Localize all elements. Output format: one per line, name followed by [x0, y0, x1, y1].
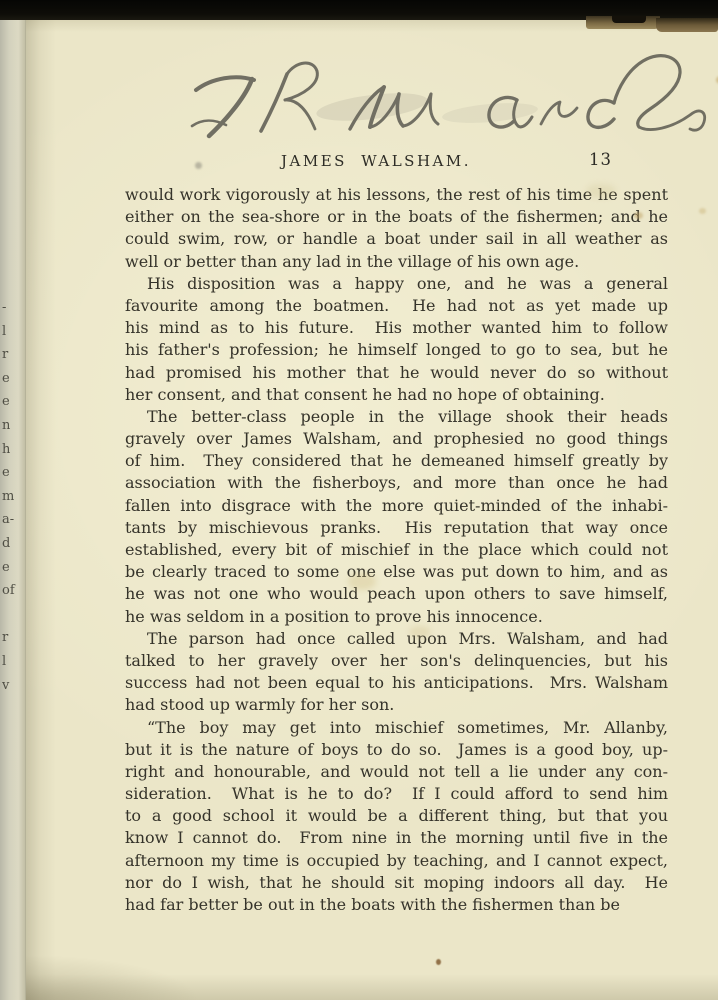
text-line: favourite among the boatmen. He had not …	[125, 295, 668, 317]
text-line: gravely over James Walsham, and prophesi…	[125, 428, 668, 450]
foxing-stain	[699, 208, 706, 214]
text-fragment: r	[2, 343, 22, 367]
text-line: know I cannot do. From nine in the morni…	[125, 827, 668, 849]
text-line: “The boy may get into mischief sometimes…	[125, 717, 668, 739]
text-fragment: n	[2, 414, 22, 438]
text-line: established, every bit of mischief in th…	[125, 539, 668, 561]
text-line: The parson had once called upon Mrs. Wal…	[125, 628, 668, 650]
text-fragment: l	[2, 650, 22, 674]
foxing-stain	[634, 212, 643, 219]
text-fragment: v	[2, 674, 22, 698]
text-line: be clearly traced to some one else was p…	[125, 561, 668, 583]
page-deckle-edge	[612, 16, 646, 23]
text-fragment: e	[2, 461, 22, 485]
text-line: His disposition was a happy one, and he …	[125, 273, 668, 295]
paper-stain	[348, 573, 376, 590]
text-fragment: e	[2, 390, 22, 414]
text-line: had far better be out in the boats with …	[125, 894, 668, 916]
text-line: her consent, and that consent he had no …	[125, 384, 668, 406]
text-line: to a good school it would be a different…	[125, 805, 668, 827]
text-line: he was not one who would peach upon othe…	[125, 583, 668, 605]
text-line: but it is the nature of boys to do so. J…	[125, 739, 668, 761]
text-line: his father's profession; he himself long…	[125, 339, 668, 361]
text-line: tants by mischievous pranks. His reputat…	[125, 517, 668, 539]
text-fragment: -	[2, 296, 22, 320]
text-fragment: of	[2, 579, 22, 603]
text-fragment: h	[2, 438, 22, 462]
text-line: had stood up warmly for her son.	[125, 694, 668, 716]
text-line: could swim, row, or handle a boat under …	[125, 228, 668, 250]
text-fragment	[2, 603, 22, 627]
text-fragment: a-	[2, 508, 22, 532]
text-line: of him. They considered that he demeaned…	[125, 450, 668, 472]
text-line: he was seldom in a position to prove his…	[125, 606, 668, 628]
text-line: success had not been equal to his antici…	[125, 672, 668, 694]
text-line: sideration. What is he to do? If I could…	[125, 783, 668, 805]
text-fragment: e	[2, 367, 22, 391]
text-fragment: d	[2, 532, 22, 556]
page-deckle-edge	[656, 18, 718, 32]
text-line: nor do I wish, that he should sit moping…	[125, 872, 668, 894]
text-fragment: e	[2, 556, 22, 580]
text-line: afternoon my time is occupied by teachin…	[125, 850, 668, 872]
text-fragment: m	[2, 485, 22, 509]
paper-stain	[409, 626, 431, 638]
paper-stain	[586, 184, 616, 198]
text-line: right and honourable, and would not tell…	[125, 761, 668, 783]
text-line: his mind as to his future. His mother wa…	[125, 317, 668, 339]
text-line: association with the fisherboys, and mor…	[125, 472, 668, 494]
bleedthrough-text-fragments: -lreenhema-deofrlv	[2, 296, 22, 697]
text-fragment: l	[2, 320, 22, 344]
text-line: had promised his mother that he would ne…	[125, 362, 668, 384]
text-line: either on the sea-shore or in the boats …	[125, 206, 668, 228]
text-line: talked to her gravely over her son's del…	[125, 650, 668, 672]
text-fragment: r	[2, 626, 22, 650]
scanned-book-page: -lreenhema-deofrlv JAMES WALSHAM. 13 wou…	[0, 0, 718, 1000]
body-text: would work vigorously at his lessons, th…	[125, 184, 668, 916]
text-line: well or better than any lad in the villa…	[125, 251, 668, 273]
text-line: fallen into disgrace with the more quiet…	[125, 495, 668, 517]
ink-speck	[436, 959, 441, 965]
text-line: The better-class people in the village s…	[125, 406, 668, 428]
